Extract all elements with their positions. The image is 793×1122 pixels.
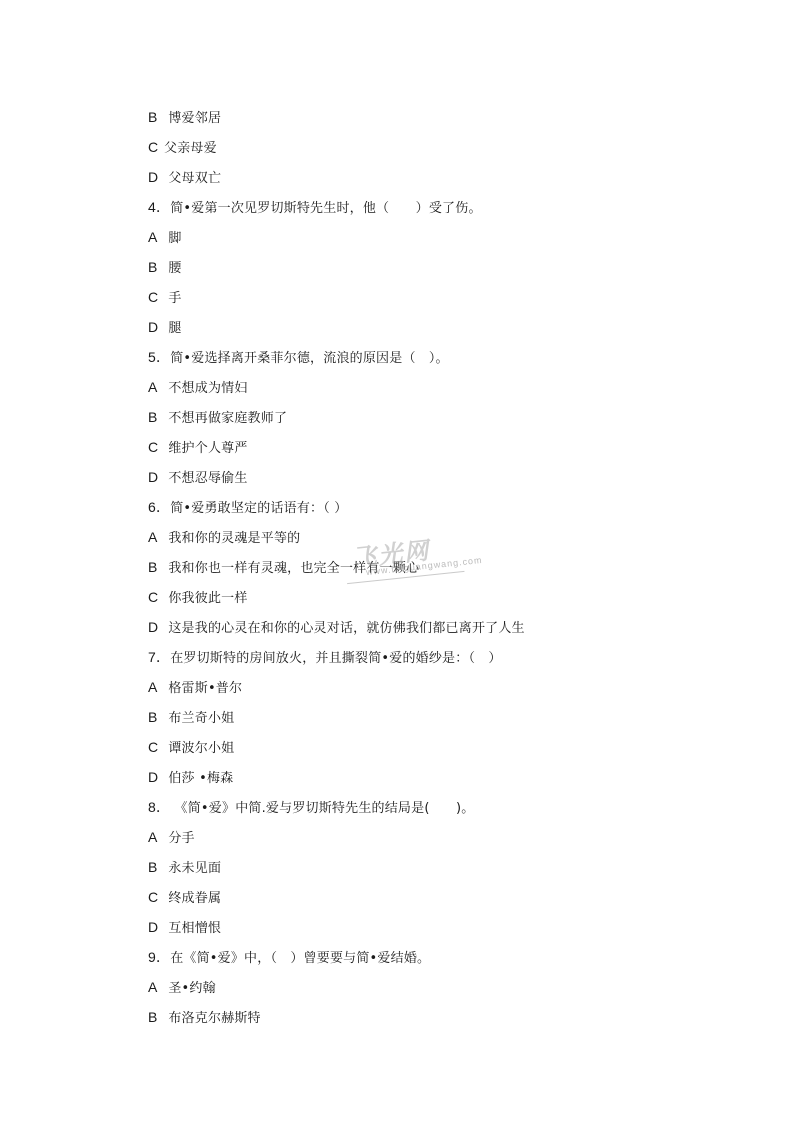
option-line: A 格雷斯•普尔 [148,677,525,707]
option-text: 布兰奇小姐 [168,711,234,726]
option-text: 腰 [168,261,181,276]
option-label: B [148,1007,164,1027]
question-line: 6．简•爱勇敢坚定的话语有：（ ） [148,497,525,527]
option-label: C [148,437,164,457]
option-label: C [148,887,164,907]
option-label: C [148,287,164,307]
option-label: C [148,737,164,757]
option-line: B 永未见面 [148,857,525,887]
option-line: B 博爱邻居 [148,107,525,137]
question-line: 7．在罗切斯特的房间放火，并且撕裂简•爱的婚纱是：（ ） [148,647,525,677]
option-line: D 伯莎 •梅森 [148,767,525,797]
option-line: B 不想再做家庭教师了 [148,407,525,437]
question-text: 简•爱选择离开桑菲尔德，流浪的原因是（ ）。 [170,351,449,366]
option-line: C父亲母爱 [148,137,525,167]
option-text: 不想成为情妇 [168,381,247,396]
option-line: B 腰 [148,257,525,287]
option-line: C 你我彼此一样 [148,587,525,617]
option-text: 维护个人尊严 [168,441,247,456]
option-line: B 布洛克尔赫斯特 [148,1007,525,1037]
option-text: 圣•约翰 [168,981,215,996]
option-label: B [148,857,164,877]
option-text: 不想忍辱偷生 [168,471,247,486]
option-text: 我和你也一样有灵魂，也完全一样有一颗心 [168,561,419,576]
question-number: 8． [148,797,170,817]
option-line: C 终成眷属 [148,887,525,917]
option-line: A 我和你的灵魂是平等的 [148,527,525,557]
question-line: 4．简•爱第一次见罗切斯特先生时，他（ ）受了伤。 [148,197,525,227]
option-text: 你我彼此一样 [168,591,247,606]
option-line: C 维护个人尊严 [148,437,525,467]
question-text: 在《简•爱》中，（ ）曾要要与简•爱结婚。 [170,951,430,966]
option-line: A 不想成为情妇 [148,377,525,407]
option-line: B 我和你也一样有灵魂，也完全一样有一颗心 [148,557,525,587]
option-label: B [148,257,164,277]
question-text: 《简•爱》中简.爱与罗切斯特先生的结局是( )。 [175,801,475,816]
option-text: 父亲母爱 [164,141,217,156]
option-line: A 脚 [148,227,525,257]
option-text: 伯莎 •梅森 [168,771,233,786]
question-line: 8． 《简•爱》中简.爱与罗切斯特先生的结局是( )。 [148,797,525,827]
option-text: 不想再做家庭教师了 [168,411,287,426]
option-label: B [148,407,164,427]
option-label: C [148,137,164,157]
option-label: D [148,467,164,487]
option-label: A [148,827,164,847]
option-label: A [148,227,164,247]
option-line: D 不想忍辱偷生 [148,467,525,497]
question-number: 7． [148,647,170,667]
option-text: 布洛克尔赫斯特 [168,1011,260,1026]
option-label: D [148,767,164,787]
question-number: 6． [148,497,170,517]
option-label: D [148,917,164,937]
question-number: 5． [148,347,170,367]
question-text: 在罗切斯特的房间放火，并且撕裂简•爱的婚纱是：（ ） [170,651,501,666]
option-text: 手 [168,291,181,306]
option-text: 腿 [168,321,181,336]
option-text: 终成眷属 [168,891,221,906]
option-line: D 这是我的心灵在和你的心灵对话，就仿佛我们都已离开了人生 [148,617,525,647]
option-label: D [148,617,164,637]
option-line: A 分手 [148,827,525,857]
question-line: 5．简•爱选择离开桑菲尔德，流浪的原因是（ ）。 [148,347,525,377]
question-text: 简•爱勇敢坚定的话语有：（ ） [170,501,347,516]
option-label: A [148,527,164,547]
option-label: D [148,317,164,337]
option-text: 永未见面 [168,861,221,876]
option-line: C 手 [148,287,525,317]
option-text: 这是我的心灵在和你的心灵对话，就仿佛我们都已离开了人生 [168,621,524,636]
option-text: 谭波尔小姐 [168,741,234,756]
option-text: 格雷斯•普尔 [168,681,242,696]
option-line: D 腿 [148,317,525,347]
option-text: 父母双亡 [168,171,221,186]
option-label: A [148,677,164,697]
option-text: 我和你的灵魂是平等的 [168,531,300,546]
question-text: 简•爱第一次见罗切斯特先生时，他（ ）受了伤。 [170,201,481,216]
option-text: 博爱邻居 [168,111,221,126]
option-label: C [148,587,164,607]
quiz-content: B 博爱邻居 C父亲母爱 D 父母双亡 4．简•爱第一次见罗切斯特先生时，他（ … [148,107,525,1037]
option-text: 分手 [168,831,194,846]
option-label: A [148,377,164,397]
question-number: 4． [148,197,170,217]
option-label: D [148,167,164,187]
option-line: D 互相憎恨 [148,917,525,947]
option-text: 互相憎恨 [168,921,221,936]
document-page: B 博爱邻居 C父亲母爱 D 父母双亡 4．简•爱第一次见罗切斯特先生时，他（ … [0,0,793,1122]
option-label: B [148,707,164,727]
option-line: C 谭波尔小姐 [148,737,525,767]
question-line: 9．在《简•爱》中，（ ）曾要要与简•爱结婚。 [148,947,525,977]
option-label: B [148,107,164,127]
question-number: 9． [148,947,170,967]
option-line: D 父母双亡 [148,167,525,197]
option-line: B 布兰奇小姐 [148,707,525,737]
option-line: A 圣•约翰 [148,977,525,1007]
option-label: A [148,977,164,997]
option-label: B [148,557,164,577]
option-text: 脚 [168,231,181,246]
